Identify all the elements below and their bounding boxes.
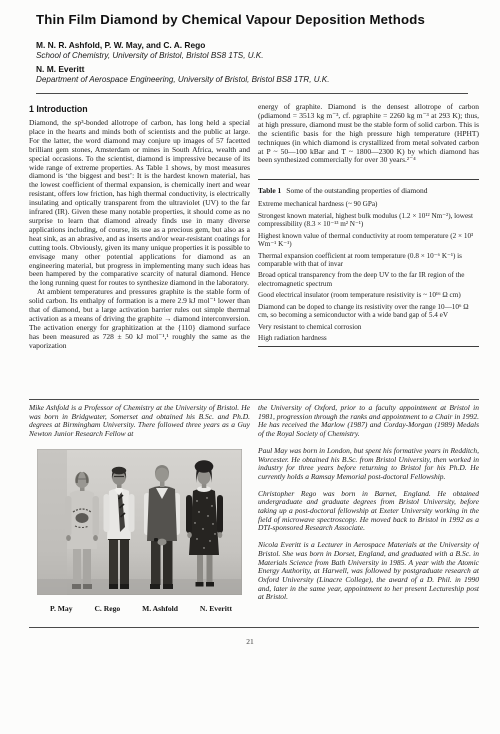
group-photo: P. May C. Rego M. Ashfold N. Everitt <box>37 449 242 613</box>
table-row: Broad optical transparency from the deep… <box>258 271 479 287</box>
table-caption-text: Some of the outstanding properties of di… <box>286 186 427 195</box>
table-caption: Table 1Some of the outstanding propertie… <box>258 186 479 195</box>
bio-paragraph-everitt: Nicola Everitt is a Lecturer in Aerospac… <box>258 541 479 602</box>
authors-line-1: M. N. R. Ashfold, P. W. May, and C. A. R… <box>36 40 470 51</box>
authors-line-2: N. M. Everitt <box>36 64 470 75</box>
affiliation-line-2: Department of Aerospace Engineering, Uni… <box>36 75 470 86</box>
intro-left-column: 1 Introduction Diamond, the sp³-bonded a… <box>29 103 250 396</box>
table-row: High radiation hardness <box>258 334 479 342</box>
table-row: Extreme mechanical hardness (~ 90 GPa) <box>258 200 479 208</box>
affiliation-line-1: School of Chemistry, University of Brist… <box>36 51 470 62</box>
table-row: Highest known value of thermal conductiv… <box>258 232 479 248</box>
table-1-properties-of-diamond: Table 1Some of the outstanding propertie… <box>258 179 479 347</box>
biography-left-column: Mike Ashfold is a Professor of Chemistry… <box>29 404 250 625</box>
photo-caption-name: M. Ashfold <box>142 604 178 613</box>
biography-top-rule <box>29 399 479 400</box>
table-row: Diamond can be doped to change its resis… <box>258 303 479 319</box>
bio-paragraph-rego: Christopher Rego was born in Barnet, Eng… <box>258 490 479 534</box>
article-title: Thin Film Diamond by Chemical Vapour Dep… <box>36 12 470 27</box>
photo-caption: P. May C. Rego M. Ashfold N. Everitt <box>37 604 242 613</box>
table-bottom-rule <box>258 346 479 347</box>
biography-right-column: the University of Oxford, prior to a fac… <box>258 404 479 625</box>
page-number: 21 <box>0 637 500 646</box>
table-row: Thermal expansion coefficient at room te… <box>258 252 479 268</box>
article-header: Thin Film Diamond by Chemical Vapour Dep… <box>36 12 470 87</box>
header-divider-rule <box>36 93 468 94</box>
introduction-section: 1 Introduction Diamond, the sp³-bonded a… <box>29 103 479 396</box>
photo-caption-name: N. Everitt <box>200 604 232 613</box>
photo-caption-name: P. May <box>50 604 73 613</box>
section-heading-introduction: 1 Introduction <box>29 104 250 114</box>
table-row: Good electrical insulator (room temperat… <box>258 291 479 299</box>
group-photo-image <box>37 449 242 595</box>
table-top-rule <box>258 179 479 180</box>
bio-paragraph-may: Paul May was born in London, but spent h… <box>258 447 479 482</box>
biography-section: Mike Ashfold is a Professor of Chemistry… <box>29 404 479 625</box>
intro-right-column: energy of graphite. Diamond is the dense… <box>258 103 479 396</box>
bio-paragraph-ashfold-continued: the University of Oxford, prior to a fac… <box>258 404 479 439</box>
biography-bottom-rule <box>29 627 479 628</box>
intro-paragraph-2: At ambient temperatures and pressures gr… <box>29 288 250 350</box>
photo-caption-name: C. Rego <box>94 604 120 613</box>
table-row: Very resistant to chemical corrosion <box>258 323 479 331</box>
intro-paragraph-2-continued: energy of graphite. Diamond is the dense… <box>258 103 479 165</box>
intro-paragraph-1: Diamond, the sp³-bonded allotrope of car… <box>29 119 250 288</box>
bio-paragraph-ashfold: Mike Ashfold is a Professor of Chemistry… <box>29 404 250 439</box>
table-row: Strongest known material, highest bulk m… <box>258 212 479 228</box>
table-label: Table 1 <box>258 186 281 195</box>
journal-page: Thin Film Diamond by Chemical Vapour Dep… <box>0 0 500 734</box>
